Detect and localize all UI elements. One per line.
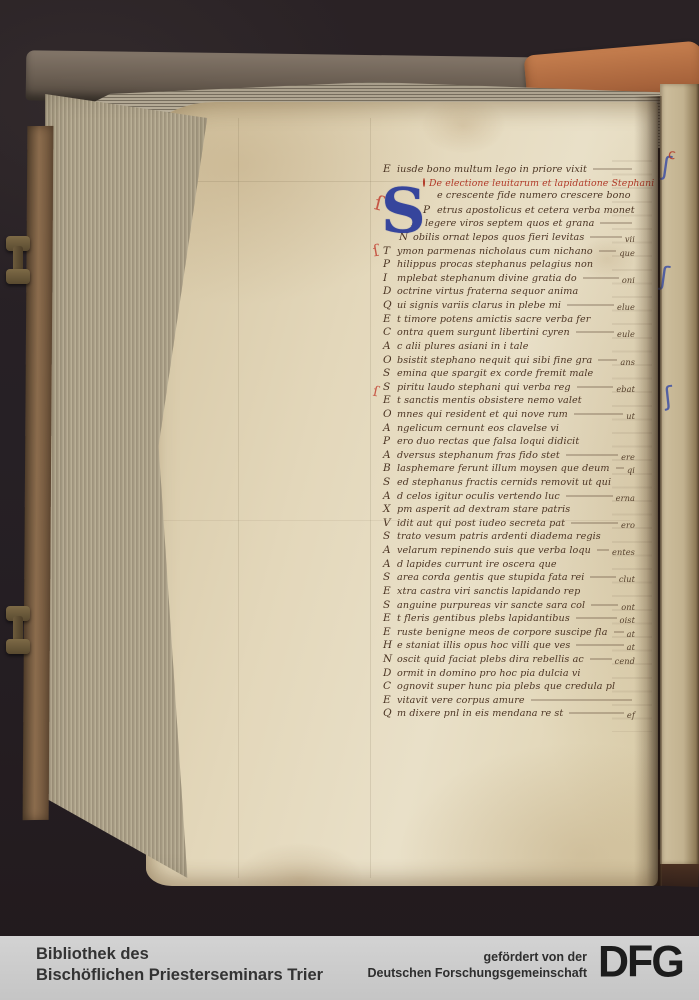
line-filler-dash <box>591 604 618 605</box>
line-text: hilippus procas stephanus pelagius non <box>397 259 593 270</box>
ruling-line-vertical <box>238 118 239 878</box>
line-initial: H <box>383 639 397 651</box>
line-initial: A <box>383 558 397 570</box>
line-text: ero duo rectas que falsa loqui didicit <box>397 436 579 447</box>
line-end-word: ont <box>621 602 635 612</box>
left-cover-leather-edge <box>23 126 54 820</box>
manuscript-line: Pero duo rectas que falsa loqui didicit <box>383 435 635 449</box>
manuscript-line: Semina que spargit ex corde fremit male <box>383 367 635 381</box>
manuscript-line: Vidit aut qui post iudeo secreta patero <box>383 517 635 531</box>
line-initial: Q <box>383 299 397 311</box>
line-filler-dash <box>574 413 623 414</box>
line-initial: S <box>383 476 397 488</box>
manuscript-line: Noscit quid faciat plebs dira rebellis a… <box>383 653 635 667</box>
line-initial: D <box>383 667 397 679</box>
line-text: t sanctis mentis obsistere nemo valet <box>397 395 582 406</box>
funding-line1: gefördert von der <box>368 949 588 965</box>
line-filler-dash <box>569 713 624 714</box>
line-text: etrus apostolicus et cetera verba monet <box>437 205 635 216</box>
rubric-ornament-icon <box>423 178 425 187</box>
line-text: ontra quem surgunt libertini cyren <box>397 327 570 338</box>
pen-flourish-blue-icon: ʃ <box>663 384 674 411</box>
manuscript-line: Ac alii plures asiani in i tale <box>383 340 635 354</box>
text-block: S ſ ſ ſ Eiusde bono multum lego in prior… <box>383 163 635 721</box>
line-end-word: erna <box>616 493 635 503</box>
line-end-word: clut <box>619 574 635 584</box>
funding-line2: Deutschen Forschungsgemeinschaft <box>368 965 588 981</box>
manuscript-line: Eruste benigne meos de corpore suscipe f… <box>383 626 635 640</box>
line-filler-dash <box>576 618 617 619</box>
line-filler-dash <box>590 237 621 238</box>
manuscript-line: Qm dixere pnl in eis mendana re stef <box>383 707 635 721</box>
line-text: octrine virtus fraterna sequor anima <box>397 286 578 297</box>
line-text: ui signis variis clarus in plebe mi <box>397 300 561 311</box>
line-initial: E <box>383 626 397 638</box>
manuscript-line: Sanguine purpureas vir sancte sara colon… <box>383 599 635 613</box>
clasp-fitting-bottom <box>4 602 34 658</box>
line-text: m dixere pnl in eis mendana re st <box>397 708 563 719</box>
line-filler-dash <box>566 454 618 455</box>
line-end-word: ans <box>620 357 635 367</box>
line-filler-dash <box>593 169 632 170</box>
line-initial: P <box>383 258 397 270</box>
line-initial: E <box>383 585 397 597</box>
line-initial: O <box>383 408 397 420</box>
line-filler-dash <box>571 522 618 523</box>
line-end-word: ere <box>621 452 635 462</box>
line-text: piritu laudo stephani qui verba reg <box>397 382 571 393</box>
line-initial: A <box>383 340 397 352</box>
line-text: ngelicum cernunt eos clavelse vi <box>397 423 559 434</box>
clasp-fitting-top <box>4 232 34 288</box>
line-initial: S <box>383 571 397 583</box>
facing-page-sliver: ʃ c ʃ ʃ <box>660 84 699 864</box>
line-initial: A <box>383 422 397 434</box>
line-initial: B <box>383 462 397 474</box>
line-text: mplebat stephanum divine gratia do <box>397 273 577 284</box>
line-end-word: elue <box>617 302 635 312</box>
line-initial: S <box>383 367 397 379</box>
line-filler-dash <box>576 645 623 646</box>
line-filler-dash <box>599 250 617 251</box>
line-text: c alii plures asiani in i tale <box>397 341 529 352</box>
line-text: t fleris gentibus plebs lapidantibus <box>397 613 570 624</box>
line-text: emina que spargit ex corde fremit male <box>397 368 593 379</box>
manuscript-line: Xpm asperit ad dextram stare patris <box>383 503 635 517</box>
line-filler-dash <box>616 468 624 469</box>
line-initial: O <box>383 354 397 366</box>
line-text: area corda gentis que stupida fata rei <box>397 572 584 583</box>
library-line2: Bischöflichen Priesterseminars Trier <box>36 965 323 986</box>
line-filler-dash <box>600 223 632 224</box>
line-filler-dash <box>577 386 614 387</box>
line-initial: E <box>383 612 397 624</box>
manuscript-line: Omnes qui resident et qui nove rumut <box>383 408 635 422</box>
library-line1: Bibliothek des <box>36 944 323 965</box>
manuscript-line: Et fleris gentibus plebs lapidantibusois… <box>383 612 635 626</box>
manuscript-line: Et timore potens amictis sacre verba fer <box>383 313 635 327</box>
manuscript-line: Ad celos igitur oculis vertendo lucerna <box>383 490 635 504</box>
library-attribution: Bibliothek des Bischöflichen Priestersem… <box>36 944 323 986</box>
footer-bar: Bibliothek des Bischöflichen Priestersem… <box>0 936 699 1000</box>
illuminated-initial: S <box>381 180 426 242</box>
pen-flourish-red-icon: c <box>667 148 677 163</box>
line-initial: C <box>383 326 397 338</box>
manuscript-line: Blasphemare ferunt illum moysen que deum… <box>383 462 635 476</box>
manuscript-line: Cognovit super hunc pia plebs que credul… <box>383 680 635 694</box>
line-text: vitavit vere corpus amure <box>397 695 525 706</box>
manuscript-line: Angelicum cernunt eos clavelse vi <box>383 422 635 436</box>
line-initial: C <box>383 680 397 692</box>
manuscript-line: Sed stephanus fractis cernids removit ut… <box>383 476 635 490</box>
line-text: legere viros septem quos et grana <box>425 218 594 229</box>
manuscript-line: Implebat stephanum divine gratia dooni <box>383 272 635 286</box>
manuscript-line: Philippus procas stephanus pelagius non <box>383 258 635 272</box>
line-text: ymon parmenas nicholaus cum nichano <box>397 246 593 257</box>
line-text: lasphemare ferunt illum moysen que deum <box>397 463 610 474</box>
line-text: e crescente fide numero crescere bono <box>437 190 631 201</box>
line-initial: S <box>383 599 397 611</box>
line-text: oscit quid faciat plebs dira rebellis ac <box>397 654 584 665</box>
funding-attribution: gefördert von der Deutschen Forschungsge… <box>368 949 588 981</box>
line-initial: E <box>383 694 397 706</box>
manuscript-line: He staniat illis opus hoc villi que vesa… <box>383 639 635 653</box>
line-filler-dash <box>576 332 614 333</box>
line-text: De electione leuitarum et lapidatione St… <box>429 178 654 189</box>
line-end-word: oist <box>620 615 635 625</box>
line-end-word: eule <box>617 329 635 339</box>
line-initial: E <box>383 394 397 406</box>
line-end-word: ebat <box>616 384 635 394</box>
line-text: ognovit super hunc pia plebs que credula… <box>397 681 615 692</box>
gutter-shadow <box>634 96 662 886</box>
line-text: d celos igitur oculis vertendo luc <box>397 491 560 502</box>
manuscript-line: Obsistit stephano nequit qui sibi fine g… <box>383 354 635 368</box>
line-filler-dash <box>583 277 619 278</box>
line-text: ormit in domino pro hoc pia dulcia vi <box>397 668 581 679</box>
line-text: dversus stephanum fras fido stet <box>397 450 560 461</box>
line-text: obilis ornat lepos quos fieri levitas <box>413 232 584 243</box>
line-text: idit aut qui post iudeo secreta pat <box>397 518 565 529</box>
line-text: xtra castra viri sanctis lapidando rep <box>397 586 580 597</box>
line-initial: Q <box>383 707 397 719</box>
line-filler-dash <box>597 550 609 551</box>
ruling-line-vertical <box>370 118 371 878</box>
clasp-bar <box>13 616 23 646</box>
line-initial: S <box>383 381 397 393</box>
line-initial: E <box>383 313 397 325</box>
line-filler-dash <box>590 577 615 578</box>
line-initial: N <box>383 653 397 665</box>
line-text: trato vesum patris ardenti diadema regis <box>397 531 601 542</box>
line-initial: V <box>383 517 397 529</box>
line-initial: I <box>383 272 397 284</box>
line-text: bsistit stephano nequit qui sibi fine gr… <box>397 355 592 366</box>
line-end-word: ero <box>621 520 635 530</box>
line-initial: S <box>383 530 397 542</box>
line-initial: A <box>383 544 397 556</box>
manuscript-line: Avelarum repinendo suis que verba loquen… <box>383 544 635 558</box>
manuscript-line: Et sanctis mentis obsistere nemo valet <box>383 394 635 408</box>
manuscript-line: Contra quem surgunt libertini cyreneule <box>383 326 635 340</box>
line-text: d lapides currunt ire oscera que <box>397 559 557 570</box>
line-text: t timore potens amictis sacre verba fer <box>397 314 590 325</box>
line-filler-dash <box>567 305 614 306</box>
manuscript-line: Doctrine virtus fraterna sequor anima <box>383 285 635 299</box>
line-initial: P <box>383 435 397 447</box>
line-filler-dash <box>614 631 624 632</box>
line-end-word: que <box>619 248 635 258</box>
line-filler-dash <box>590 658 612 659</box>
line-initial: X <box>383 503 397 515</box>
line-initial: A <box>383 449 397 461</box>
line-text: ruste benigne meos de corpore suscipe fl… <box>397 627 608 638</box>
manuscript-line: Extra castra viri sanctis lapidando rep <box>383 585 635 599</box>
line-text: e staniat illis opus hoc villi que ves <box>397 640 570 651</box>
manuscript-photo: ʃ c ʃ ʃ S ſ ſ ſ Eiusde bono multum lego … <box>0 0 699 1000</box>
dfg-logo: DFG <box>598 937 683 988</box>
line-initial: A <box>383 490 397 502</box>
line-initial: D <box>383 285 397 297</box>
line-text: mnes qui resident et qui nove rum <box>397 409 568 420</box>
line-text: anguine purpureas vir sancte sara col <box>397 600 585 611</box>
clasp-bar <box>13 246 23 276</box>
manuscript-line: Ad lapides currunt ire oscera que <box>383 558 635 572</box>
line-end-word: cend <box>615 656 635 666</box>
line-text: ed stephanus fractis cernids removit ut … <box>397 477 611 488</box>
line-filler-dash <box>531 699 632 700</box>
manuscript-line: Dormit in domino pro hoc pia dulcia vi <box>383 667 635 681</box>
line-filler-dash <box>566 495 613 496</box>
manuscript-line: Adversus stephanum fras fido stetere <box>383 449 635 463</box>
line-text: pm asperit ad dextram stare patris <box>397 504 570 515</box>
line-text: velarum repinendo suis que verba loqu <box>397 545 591 556</box>
manuscript-line: Qui signis variis clarus in plebe mielue <box>383 299 635 313</box>
manuscript-line: Evitavit vere corpus amure <box>383 694 635 708</box>
manuscript-line: Strato vesum patris ardenti diadema regi… <box>383 530 635 544</box>
manuscript-line: Spiritu laudo stephani qui verba regebat <box>383 381 635 395</box>
line-end-word: entes <box>612 547 635 557</box>
manuscript-line: Sarea corda gentis que stupida fata reic… <box>383 571 635 585</box>
line-filler-dash <box>598 359 617 360</box>
